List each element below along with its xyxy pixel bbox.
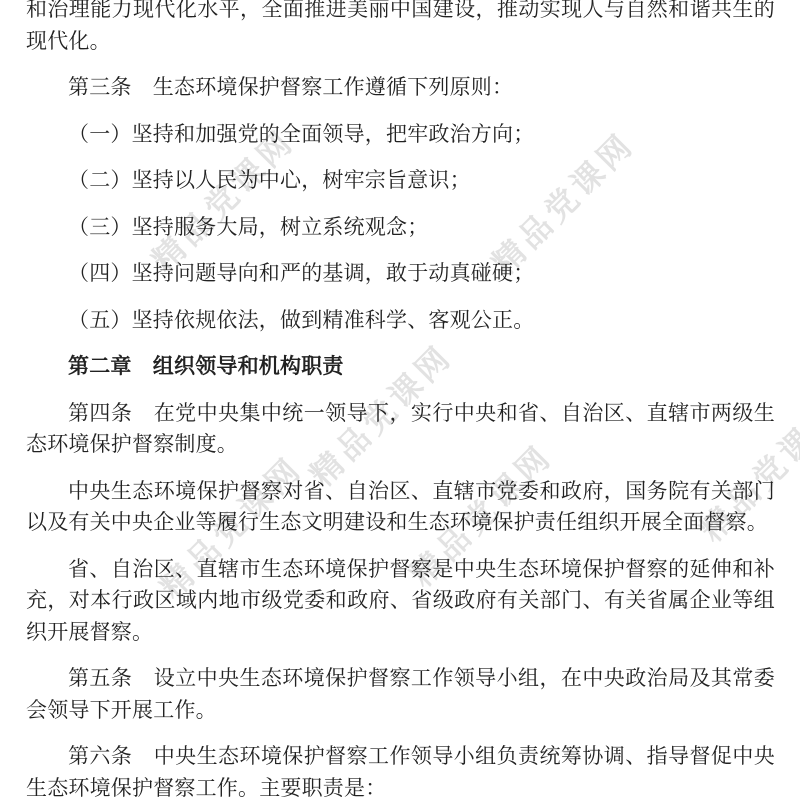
principle-item-2: （二）坚持以人民为中心，树牢宗旨意识；	[26, 165, 775, 197]
document-content: 和治理能力现代化水平，全面推进美丽中国建设，推动实现人与自然和谐共生的现代化。 …	[0, 0, 800, 800]
article-6-paragraph: 第六条 中央生态环境保护督察工作领导小组负责统筹协调、指导督促中央生态环境保护督…	[26, 741, 775, 800]
article-3-paragraph: 第三条 生态环境保护督察工作遵循下列原则：	[26, 72, 775, 104]
article-4-paragraph: 第四条 在党中央集中统一领导下，实行中央和省、自治区、直辖市两级生态环境保护督察…	[26, 398, 775, 461]
paragraph-continuation: 和治理能力现代化水平，全面推进美丽中国建设，推动实现人与自然和谐共生的现代化。	[26, 0, 775, 57]
article-4-paragraph-2: 中央生态环境保护督察对省、自治区、直辖市党委和政府，国务院有关部门以及有关中央企…	[26, 476, 775, 539]
principle-item-4: （四）坚持问题导向和严的基调，敢于动真碰硬；	[26, 258, 775, 290]
principle-item-1: （一）坚持和加强党的全面领导，把牢政治方向；	[26, 119, 775, 151]
chapter-2-heading: 第二章 组织领导和机构职责	[26, 351, 775, 383]
article-5-paragraph: 第五条 设立中央生态环境保护督察工作领导小组，在中央政治局及其常委会领导下开展工…	[26, 663, 775, 726]
principle-item-3: （三）坚持服务大局，树立系统观念；	[26, 212, 775, 244]
article-4-paragraph-3: 省、自治区、直辖市生态环境保护督察是中央生态环境保护督察的延伸和补充，对本行政区…	[26, 554, 775, 649]
document-page: 精品党课网 精品党课网 精品党课网 精品党课网 精品党课网 精品党课网 和治理能…	[0, 0, 800, 794]
principle-item-5: （五）坚持依规依法，做到精准科学、客观公正。	[26, 305, 775, 337]
